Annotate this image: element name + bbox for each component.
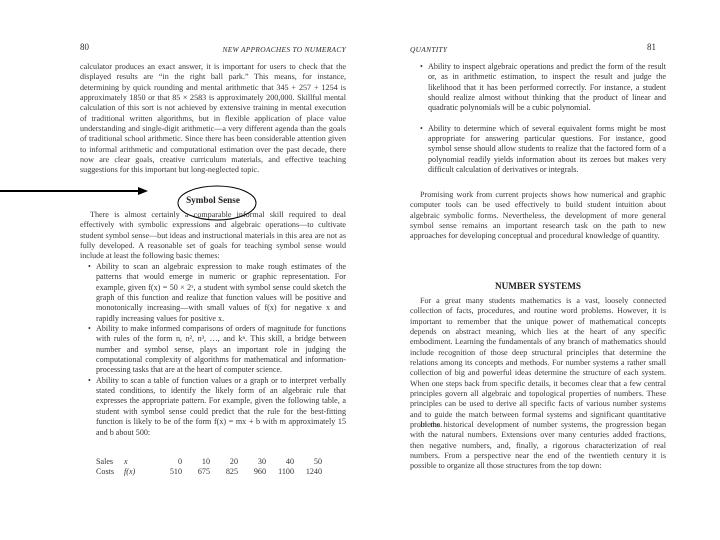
section-heading: NUMBER SYSTEMS (410, 281, 666, 291)
sales-costs-table: Sales x 0 10 20 30 40 50 Costs f(x) 510 … (96, 457, 322, 478)
bullet-list: •Ability to inspect algebraic operations… (418, 62, 666, 175)
page-number: 80 (80, 42, 89, 52)
section-paragraph: For a great many students mathematics is… (410, 296, 666, 430)
closing-paragraph: Promising work from current projects sho… (410, 190, 666, 242)
list-item: •Ability to determine which of several e… (418, 124, 666, 176)
bullet-icon: • (420, 124, 423, 134)
list-item: •Ability to make informed comparisons of… (86, 324, 346, 376)
list-item: •Ability to scan an algebraic expression… (86, 262, 346, 324)
section-paragraph: There is almost certainly a comparable i… (80, 210, 346, 262)
bullet-icon: • (88, 262, 91, 272)
table-row: Costs f(x) 510 675 825 960 1100 1240 (96, 467, 322, 477)
running-head: QUANTITY (410, 45, 447, 54)
page-number: 81 (647, 42, 656, 52)
section-heading: Symbol Sense (80, 195, 346, 205)
running-head: NEW APPROACHES TO NUMERACY (222, 45, 346, 54)
table-row: Sales x 0 10 20 30 40 50 (96, 457, 322, 467)
bullet-icon: • (88, 376, 91, 386)
list-item: •Ability to scan a table of function val… (86, 376, 346, 438)
bullet-icon: • (88, 324, 91, 334)
bullet-list: •Ability to scan an algebraic expression… (86, 262, 346, 438)
list-item: •Ability to inspect algebraic operations… (418, 62, 666, 114)
intro-paragraph: calculator produces an exact answer, it … (80, 62, 346, 176)
bullet-icon: • (420, 62, 423, 72)
section-paragraph: In the historical development of number … (410, 420, 666, 472)
